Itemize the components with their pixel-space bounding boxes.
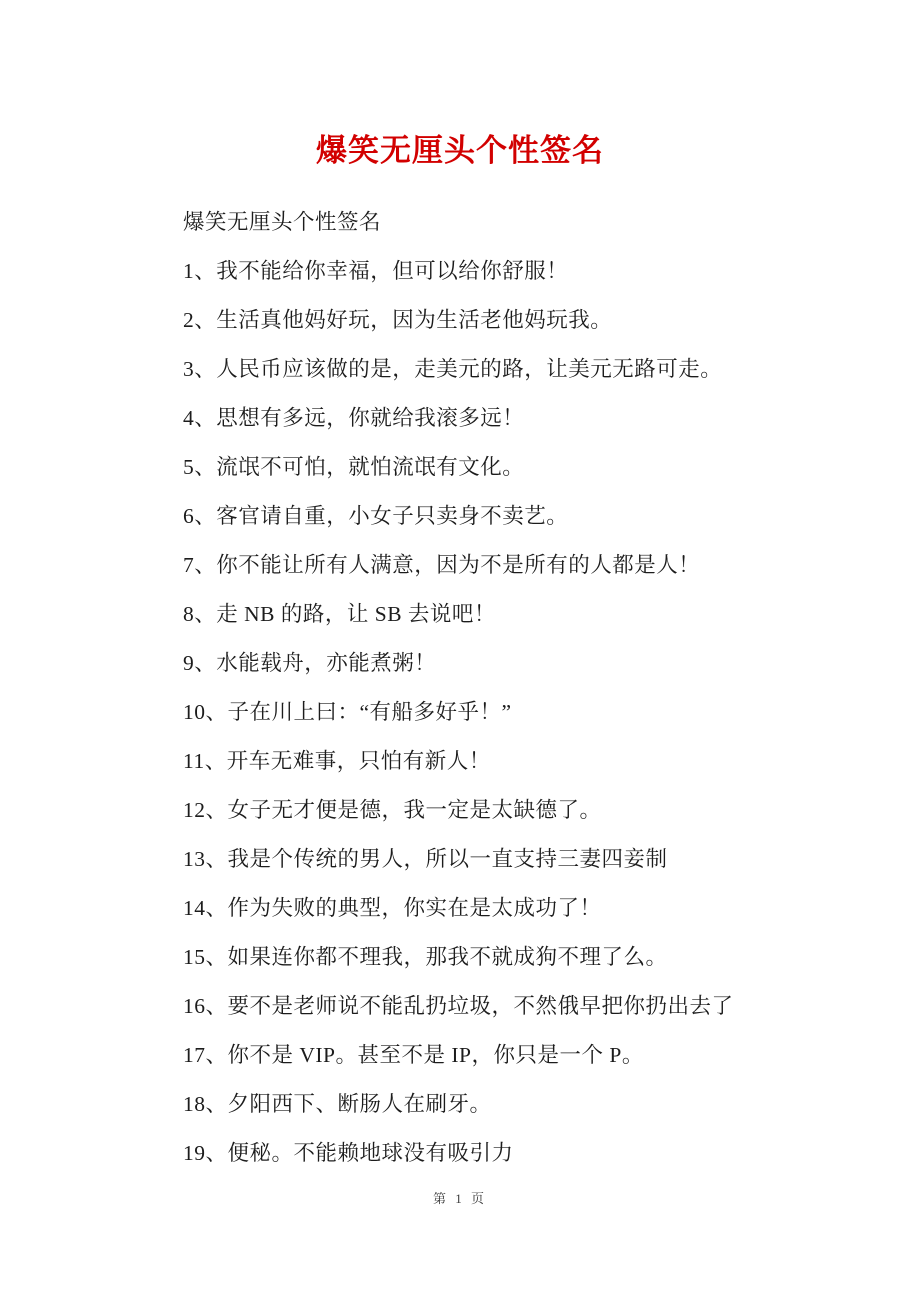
signature-line-4: 4、思想有多远，你就给我滚多远！	[183, 407, 780, 430]
signature-line-3: 3、人民币应该做的是，走美元的路，让美元无路可走。	[183, 358, 780, 381]
signature-line-15: 15、如果连你都不理我，那我不就成狗不理了么。	[183, 946, 780, 969]
signature-line-2: 2、生活真他妈好玩，因为生活老他妈玩我。	[183, 309, 780, 332]
signature-line-5: 5、流氓不可怕，就怕流氓有文化。	[183, 456, 780, 479]
signature-line-10: 10、子在川上曰：“有船多好乎！”	[183, 701, 780, 724]
signature-line-13: 13、我是个传统的男人，所以一直支持三妻四妾制	[183, 848, 780, 871]
signature-line-19: 19、便秘。不能赖地球没有吸引力	[183, 1142, 780, 1165]
signature-line-18: 18、夕阳西下、断肠人在刷牙。	[183, 1093, 780, 1116]
signature-line-7: 7、你不能让所有人满意，因为不是所有的人都是人！	[183, 554, 780, 577]
page-number: 第 1 页	[0, 1188, 920, 1207]
signature-line-11: 11、开车无难事，只怕有新人！	[183, 750, 780, 773]
document-body: 爆笑无厘头个性签名 1、我不能给你幸福，但可以给你舒服！ 2、生活真他妈好玩，因…	[0, 172, 920, 1165]
signature-line-9: 9、水能载舟，亦能煮粥！	[183, 652, 780, 675]
page-title: 爆笑无厘头个性签名	[0, 0, 920, 172]
signature-line-14: 14、作为失败的典型，你实在是太成功了！	[183, 897, 780, 920]
signature-line-8: 8、走 NB 的路，让 SB 去说吧！	[183, 603, 780, 626]
signature-line-17: 17、你不是 VIP。甚至不是 IP，你只是一个 P。	[183, 1044, 780, 1067]
signature-line-16: 16、要不是老师说不能乱扔垃圾，不然俄早把你扔出去了	[183, 995, 780, 1018]
signature-line-12: 12、女子无才便是德，我一定是太缺德了。	[183, 799, 780, 822]
signature-line-1: 1、我不能给你幸福，但可以给你舒服！	[183, 260, 780, 283]
signature-line-6: 6、客官请自重，小女子只卖身不卖艺。	[183, 505, 780, 528]
intro-line: 爆笑无厘头个性签名	[183, 211, 780, 234]
document-page: 爆笑无厘头个性签名 爆笑无厘头个性签名 1、我不能给你幸福，但可以给你舒服！ 2…	[0, 0, 920, 1302]
